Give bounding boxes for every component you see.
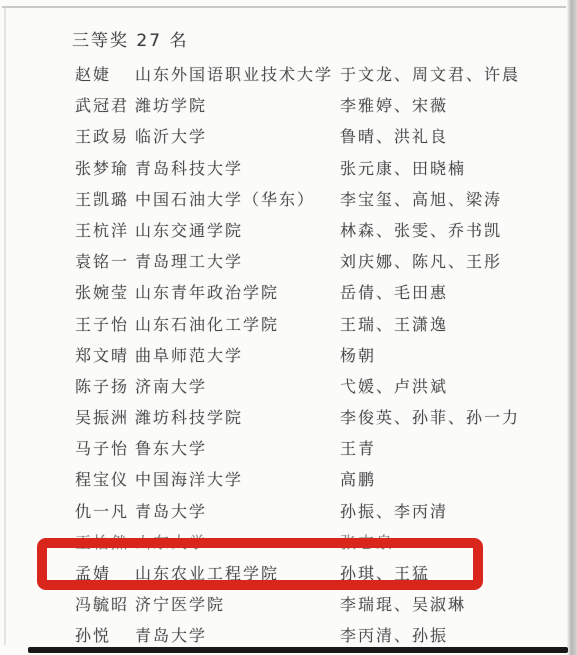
school-name: 山东外国语职业技术大学	[135, 62, 340, 87]
winner-name: 郑文晴	[75, 343, 135, 368]
team-members: 王瑞、王潇逸	[340, 312, 563, 337]
school-name: 中国石油大学（华东）	[135, 187, 340, 212]
table-row: 王凯璐 中国石油大学（华东） 李宝玺、高旭、梁涛	[0, 181, 563, 212]
table-row: 仇一凡 青岛大学 孙振、李丙清	[0, 493, 563, 524]
winner-name: 程宝仪	[75, 467, 135, 492]
table-row: 张婉莹 山东青年政治学院 岳倩、毛田惠	[0, 274, 563, 305]
table-row: 吴振洲 潍坊科技学院 李俊英、孙菲、孙一力	[0, 399, 563, 430]
school-name: 曲阜师范大学	[135, 343, 340, 368]
winner-name: 冯毓昭	[75, 592, 135, 617]
scan-edge-bottom	[28, 647, 568, 653]
school-name: 鲁东大学	[135, 436, 340, 461]
school-name: 山东交通学院	[135, 218, 340, 243]
team-members: 弋媛、卢洪斌	[340, 374, 563, 399]
school-name: 青岛科技大学	[135, 156, 340, 181]
team-members: 岳倩、毛田惠	[340, 280, 563, 305]
winner-name: 王子怡	[75, 312, 135, 337]
team-members: 林森、张雯、乔书凯	[340, 218, 563, 243]
school-name: 临沂大学	[135, 124, 340, 149]
school-name: 山东石油化工学院	[135, 312, 340, 337]
winner-name: 张婉莹	[75, 280, 135, 305]
winner-name: 孙悦	[75, 623, 135, 648]
school-name: 青岛大学	[135, 623, 340, 648]
team-members: 李宝玺、高旭、梁涛	[340, 187, 563, 212]
team-members: 李雅婷、宋薇	[340, 93, 563, 118]
school-name: 中国海洋大学	[135, 467, 340, 492]
red-highlight-box	[37, 538, 483, 590]
winner-name: 袁铭一	[75, 249, 135, 274]
winner-name: 赵婕	[75, 62, 135, 87]
winner-name: 张梦瑜	[75, 156, 135, 181]
winner-name: 王杭洋	[75, 218, 135, 243]
table-row: 武冠君 潍坊学院 李雅婷、宋薇	[0, 87, 563, 118]
table-row: 王子怡 山东石油化工学院 王瑞、王潇逸	[0, 306, 563, 337]
table-row: 马子怡 鲁东大学 王青	[0, 430, 563, 461]
winner-name: 陈子扬	[75, 374, 135, 399]
table-row: 张梦瑜 青岛科技大学 张元康、田晓楠	[0, 150, 563, 181]
table-row: 陈子扬 济南大学 弋媛、卢洪斌	[0, 368, 563, 399]
section-title: 三等奖 27 名	[72, 26, 188, 51]
team-members: 李瑞琨、吴淑琳	[340, 592, 563, 617]
document-page: 三等奖 27 名 赵婕 山东外国语职业技术大学 于文龙、周文君、许晨 武冠君 潍…	[0, 0, 577, 655]
table-row: 孙悦 青岛大学 李丙清、孙振	[0, 617, 563, 648]
winner-name: 王凯璐	[75, 187, 135, 212]
team-members: 刘庆娜、陈凡、王彤	[340, 249, 563, 274]
table-row: 郑文晴 曲阜师范大学 杨朝	[0, 337, 563, 368]
table-row: 袁铭一 青岛理工大学 刘庆娜、陈凡、王彤	[0, 243, 563, 274]
table-row: 王杭洋 山东交通学院 林森、张雯、乔书凯	[0, 212, 563, 243]
team-members: 李丙清、孙振	[340, 623, 563, 648]
team-members: 孙振、李丙清	[340, 499, 563, 524]
winner-name: 王政易	[75, 124, 135, 149]
table-row: 赵婕 山东外国语职业技术大学 于文龙、周文君、许晨	[0, 56, 563, 87]
winner-name: 吴振洲	[75, 405, 135, 430]
team-members: 鲁晴、洪礼良	[340, 124, 563, 149]
winner-name: 马子怡	[75, 436, 135, 461]
winner-name: 仇一凡	[75, 499, 135, 524]
school-name: 济宁医学院	[135, 592, 340, 617]
school-name: 山东青年政治学院	[135, 280, 340, 305]
school-name: 青岛理工大学	[135, 249, 340, 274]
school-name: 济南大学	[135, 374, 340, 399]
table-row: 程宝仪 中国海洋大学 高鹏	[0, 461, 563, 492]
school-name: 潍坊学院	[135, 93, 340, 118]
team-members: 于文龙、周文君、许晨	[340, 62, 563, 87]
school-name: 潍坊科技学院	[135, 405, 340, 430]
team-members: 张元康、田晓楠	[340, 156, 563, 181]
team-members: 李俊英、孙菲、孙一力	[340, 405, 563, 430]
table-row: 王政易 临沂大学 鲁晴、洪礼良	[0, 118, 563, 149]
team-members: 高鹏	[340, 467, 563, 492]
scan-edge-right	[567, 0, 577, 655]
school-name: 青岛大学	[135, 499, 340, 524]
winner-name: 武冠君	[75, 93, 135, 118]
scan-edge-top	[2, 6, 566, 8]
team-members: 王青	[340, 436, 563, 461]
team-members: 杨朝	[340, 343, 563, 368]
table-row: 冯毓昭 济宁医学院 李瑞琨、吴淑琳	[0, 586, 563, 617]
